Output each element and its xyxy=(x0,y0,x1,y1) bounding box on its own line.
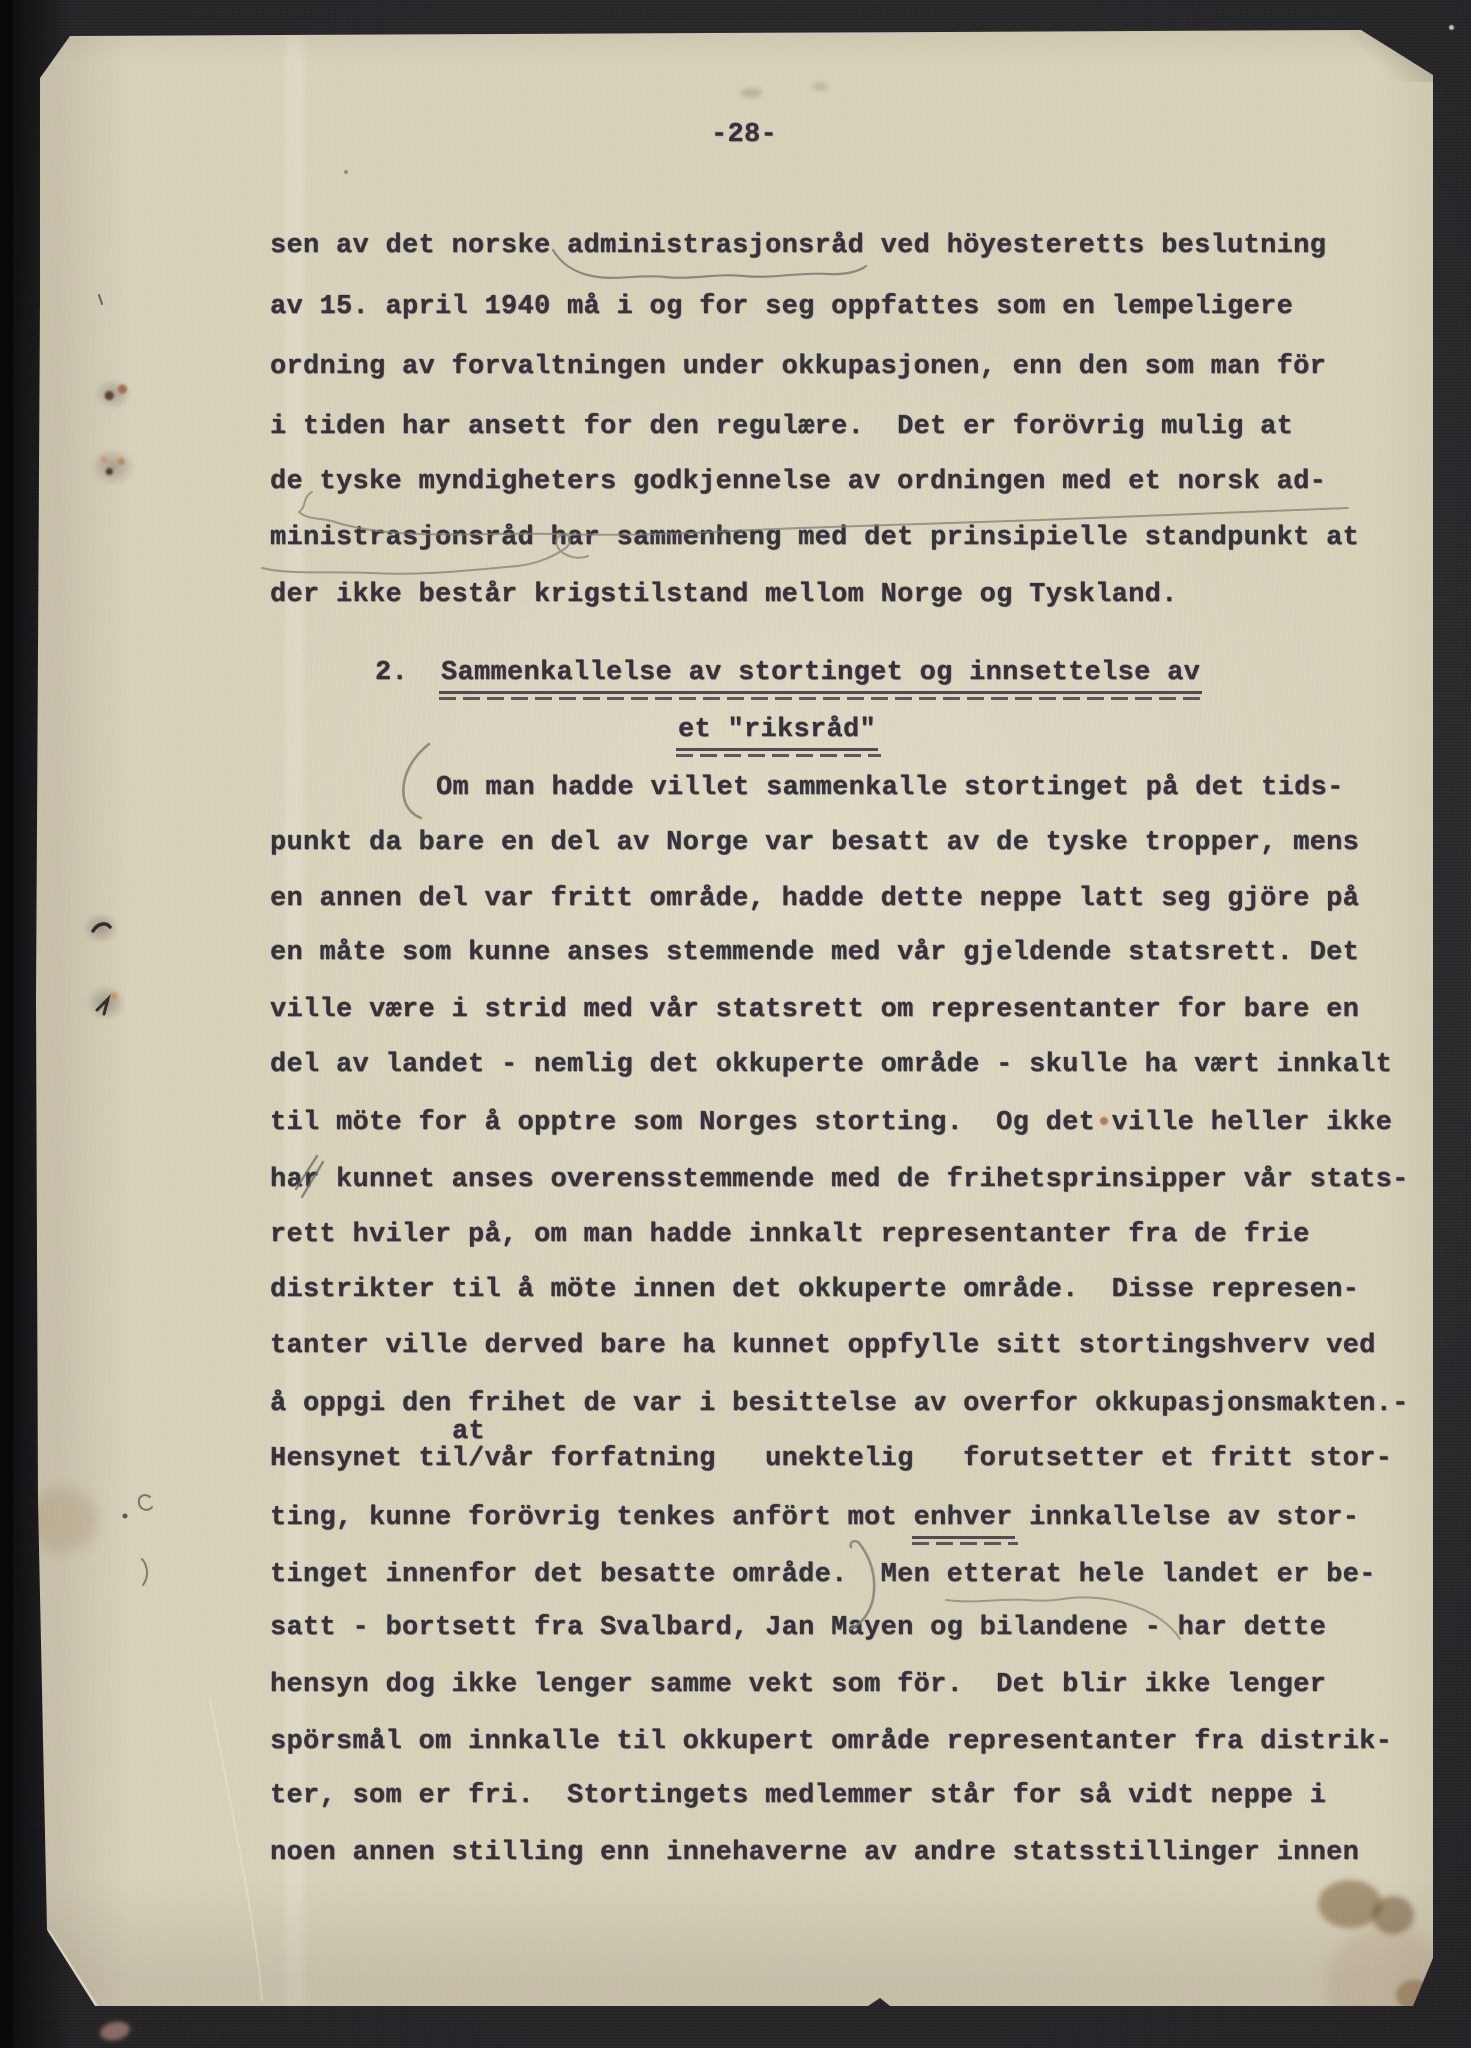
double-underlined-text: enhver xyxy=(914,1503,1013,1533)
typed-line: i tiden har ansett for den regulære. Det… xyxy=(270,412,1293,442)
typed-line: en måte som kunne anses stemmende med vå… xyxy=(270,938,1359,968)
backing-speck xyxy=(1449,25,1454,30)
text-segment: at xyxy=(452,1417,485,1447)
typed-line: Hensynet til/vår forfatning unektelig fo… xyxy=(270,1444,1392,1474)
typed-line: ting, kunne forövrig tenkes anfört mot e… xyxy=(270,1503,1359,1533)
typed-line: av 15. april 1940 må i og for seg oppfat… xyxy=(270,292,1293,322)
text-segment: en måte som kunne anses stemmende med vå… xyxy=(270,938,1359,968)
typed-line: et "riksråd" xyxy=(678,715,876,745)
typed-line: 2. Sammenkallelse av stortinget og innse… xyxy=(375,658,1200,688)
typed-line: punkt da bare en del av Norge var besatt… xyxy=(270,828,1359,858)
typed-line: at xyxy=(452,1417,485,1447)
text-segment: distrikter til å möte innen det okkupert… xyxy=(270,1275,1359,1305)
paper-sheet: -28- sen av det norske administrasjonsrå… xyxy=(0,0,1471,2048)
text-segment: Hensynet til/vår forfatning unektelig fo… xyxy=(270,1444,1392,1474)
typed-line: tinget innenfor det besatte område. Men … xyxy=(270,1560,1376,1590)
text-segment: ministrasjonsråd har sammenheng med det … xyxy=(270,523,1359,553)
typed-line: satt - bortsett fra Svalbard, Jan Mayen … xyxy=(270,1613,1326,1643)
text-segment: tanter ville derved bare ha kunnet oppfy… xyxy=(270,1331,1376,1361)
typed-line: del av landet - nemlig det okkuperte omr… xyxy=(270,1050,1392,1080)
typed-line: noen annen stilling enn innehaverne av a… xyxy=(270,1838,1359,1868)
text-segment: har kunnet anses overensstemmende med de… xyxy=(270,1165,1409,1195)
page-number: -28- xyxy=(711,120,777,150)
text-segment: ordning av forvaltningen under okkupasjo… xyxy=(270,352,1326,382)
text-segment: å oppgi den frihet de var i besittelse a… xyxy=(270,1389,1409,1419)
text-segment: av 15. april 1940 må i og for seg oppfat… xyxy=(270,292,1293,322)
text-segment: noen annen stilling enn innehaverne av a… xyxy=(270,1838,1359,1868)
double-underlined-text: et "riksråd" xyxy=(678,715,876,745)
text-segment: spörsmål om innkalle til okkupert område… xyxy=(270,1727,1392,1757)
typed-text-layer: -28- sen av det norske administrasjonsrå… xyxy=(0,0,1471,2048)
text-segment: en annen del var fritt område, hadde det… xyxy=(270,884,1359,914)
text-segment: til möte for å opptre som Norges stortin… xyxy=(270,1108,1392,1138)
text-segment: punkt da bare en del av Norge var besatt… xyxy=(270,828,1359,858)
text-segment: ville være i strid med vår statsrett om … xyxy=(270,995,1359,1025)
typed-line: sen av det norske administrasjonsråd ved… xyxy=(270,231,1326,261)
typed-line: hensyn dog ikke lenger samme vekt som fö… xyxy=(270,1670,1326,1700)
text-segment: 2. xyxy=(375,658,441,688)
text-segment: satt - bortsett fra Svalbard, Jan Mayen … xyxy=(270,1613,1326,1643)
typed-line: ordning av forvaltningen under okkupasjo… xyxy=(270,352,1326,382)
typed-line: ministrasjonsråd har sammenheng med det … xyxy=(270,523,1359,553)
typed-line: har kunnet anses overensstemmende med de… xyxy=(270,1165,1409,1195)
text-segment: i tiden har ansett for den regulære. Det… xyxy=(270,412,1293,442)
text-segment: ter, som er fri. Stortingets medlemmer s… xyxy=(270,1781,1326,1811)
typed-line: ville være i strid med vår statsrett om … xyxy=(270,995,1359,1025)
typed-line: ter, som er fri. Stortingets medlemmer s… xyxy=(270,1781,1326,1811)
text-segment: de tyske myndigheters godkjennelse av or… xyxy=(270,467,1326,497)
typed-line: der ikke består krigstilstand mellom Nor… xyxy=(270,580,1178,610)
text-segment: rett hviler på, om man hadde innkalt rep… xyxy=(270,1220,1310,1250)
text-segment: hensyn dog ikke lenger samme vekt som fö… xyxy=(270,1670,1326,1700)
typed-line: tanter ville derved bare ha kunnet oppfy… xyxy=(270,1331,1376,1361)
text-segment: Om man hadde villet sammenkalle storting… xyxy=(436,773,1344,803)
typed-line: distrikter til å möte innen det okkupert… xyxy=(270,1275,1359,1305)
text-segment: ting, kunne forövrig tenkes anfört mot xyxy=(270,1503,914,1533)
text-segment: sen av det norske administrasjonsråd ved… xyxy=(270,231,1326,261)
typed-line: de tyske myndigheters godkjennelse av or… xyxy=(270,467,1326,497)
typed-line: å oppgi den frihet de var i besittelse a… xyxy=(270,1389,1409,1419)
typed-line: en annen del var fritt område, hadde det… xyxy=(270,884,1359,914)
scanned-document-page: -28- sen av det norske administrasjonsrå… xyxy=(0,0,1471,2048)
text-segment: innkallelse av stor- xyxy=(1013,1503,1360,1533)
scan-left-black-strip xyxy=(0,0,13,2048)
typed-line: til möte for å opptre som Norges stortin… xyxy=(270,1108,1392,1138)
text-segment: der ikke består krigstilstand mellom Nor… xyxy=(270,580,1178,610)
typed-line: Om man hadde villet sammenkalle storting… xyxy=(436,773,1344,803)
typed-line: spörsmål om innkalle til okkupert område… xyxy=(270,1727,1392,1757)
text-segment: tinget innenfor det besatte område. Men … xyxy=(270,1560,1376,1590)
text-segment: del av landet - nemlig det okkuperte omr… xyxy=(270,1050,1392,1080)
typed-line: rett hviler på, om man hadde innkalt rep… xyxy=(270,1220,1310,1250)
double-underlined-text: Sammenkallelse av stortinget og innsette… xyxy=(441,658,1200,688)
